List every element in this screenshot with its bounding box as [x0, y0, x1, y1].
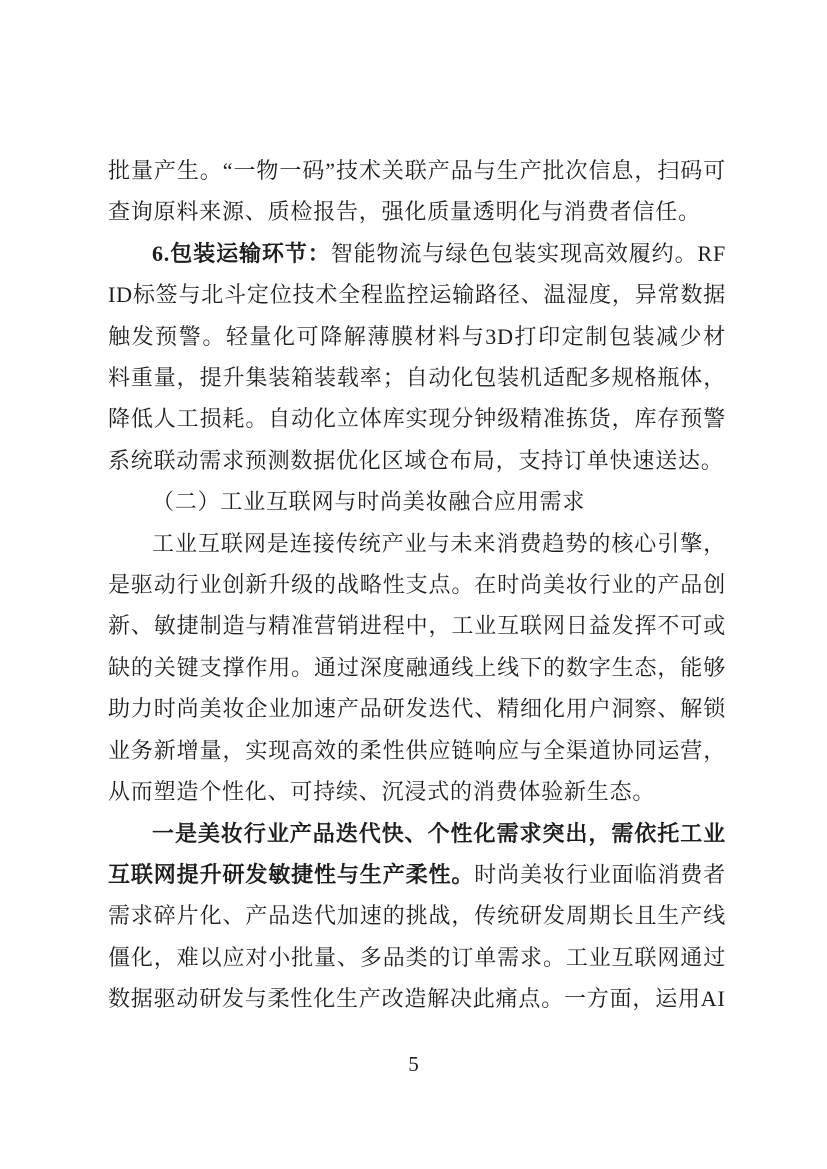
paragraph-continuation: 批量产生。“一物一码”技术关联产品与生产批次信息，扫码可查询原料来源、质检报告，… — [108, 150, 726, 233]
page-number: 5 — [0, 1050, 827, 1078]
bold-run-packaging-label: 6.包装运输环节： — [152, 241, 331, 266]
heading-text: （二）工业互联网与时尚美妆融合应用需求 — [152, 489, 585, 514]
text-run: 智能物流与绿色包装实现高效履约。RFID标签与北斗定位技术全程监控运输路径、温湿… — [108, 241, 726, 473]
document-page: 批量产生。“一物一码”技术关联产品与生产批次信息，扫码可查询原料来源、质检报告，… — [0, 0, 827, 1169]
text-run: 批量产生。“一物一码”技术关联产品与生产批次信息，扫码可查询原料来源、质检报告，… — [108, 158, 726, 224]
document-body: 批量产生。“一物一码”技术关联产品与生产批次信息，扫码可查询原料来源、质检报告，… — [108, 150, 726, 1020]
paragraph-packaging-transport: 6.包装运输环节：智能物流与绿色包装实现高效履约。RFID标签与北斗定位技术全程… — [108, 233, 726, 481]
text-run: 工业互联网是连接传统产业与未来消费趋势的核心引擎，是驱动行业创新升级的战略性支点… — [108, 531, 726, 804]
paragraph-industrial-internet-overview: 工业互联网是连接传统产业与未来消费趋势的核心引擎，是驱动行业创新升级的战略性支点… — [108, 523, 726, 813]
heading-section-2: （二）工业互联网与时尚美妆融合应用需求 — [108, 481, 726, 522]
paragraph-point-one: 一是美妆行业产品迭代快、个性化需求突出，需依托工业互联网提升研发敏捷性与生产柔性… — [108, 813, 726, 1020]
